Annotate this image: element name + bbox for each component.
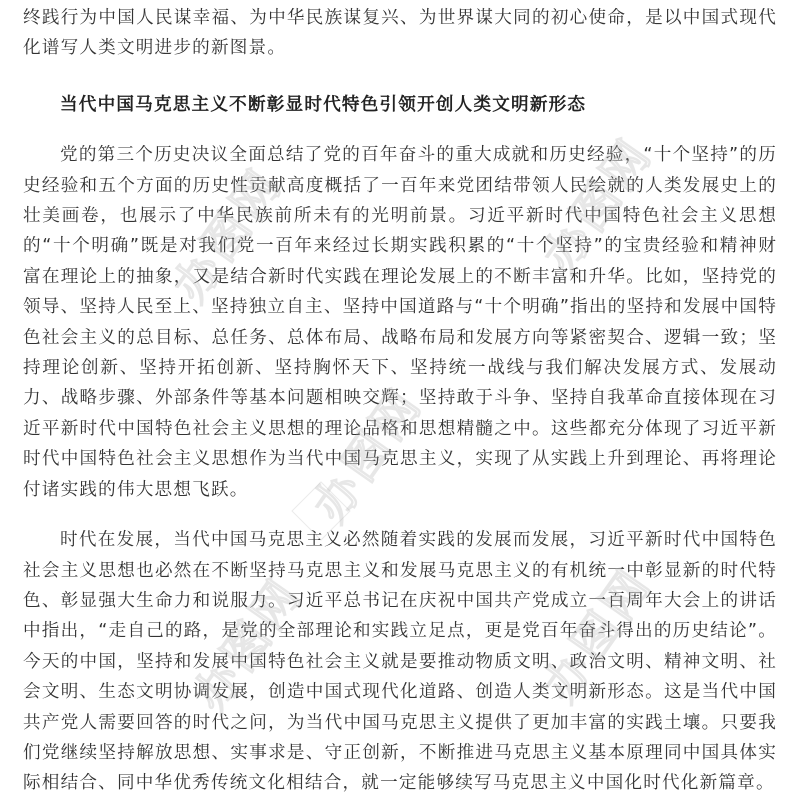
paragraph-body: 时代在发展，当代中国马克思主义必然随着实践的发展而发展，习近平新时代中国特色社会… — [23, 525, 777, 799]
section-heading: 当代中国马克思主义不断彰显时代特色引领开创人类文明新形态 — [23, 90, 777, 120]
paragraph-continuation: 终践行为中国人民谋幸福、为中华民族谋复兴、为世界谋大同的初心使命，是以中国式现代… — [23, 3, 777, 64]
article-body: 终践行为中国人民谋幸福、为中华民族谋复兴、为世界谋大同的初心使命，是以中国式现代… — [23, 0, 777, 799]
paragraph-body: 党的第三个历史决议全面总结了党的百年奋斗的重大成就和历史经验，“十个坚持”的历史… — [23, 140, 777, 505]
